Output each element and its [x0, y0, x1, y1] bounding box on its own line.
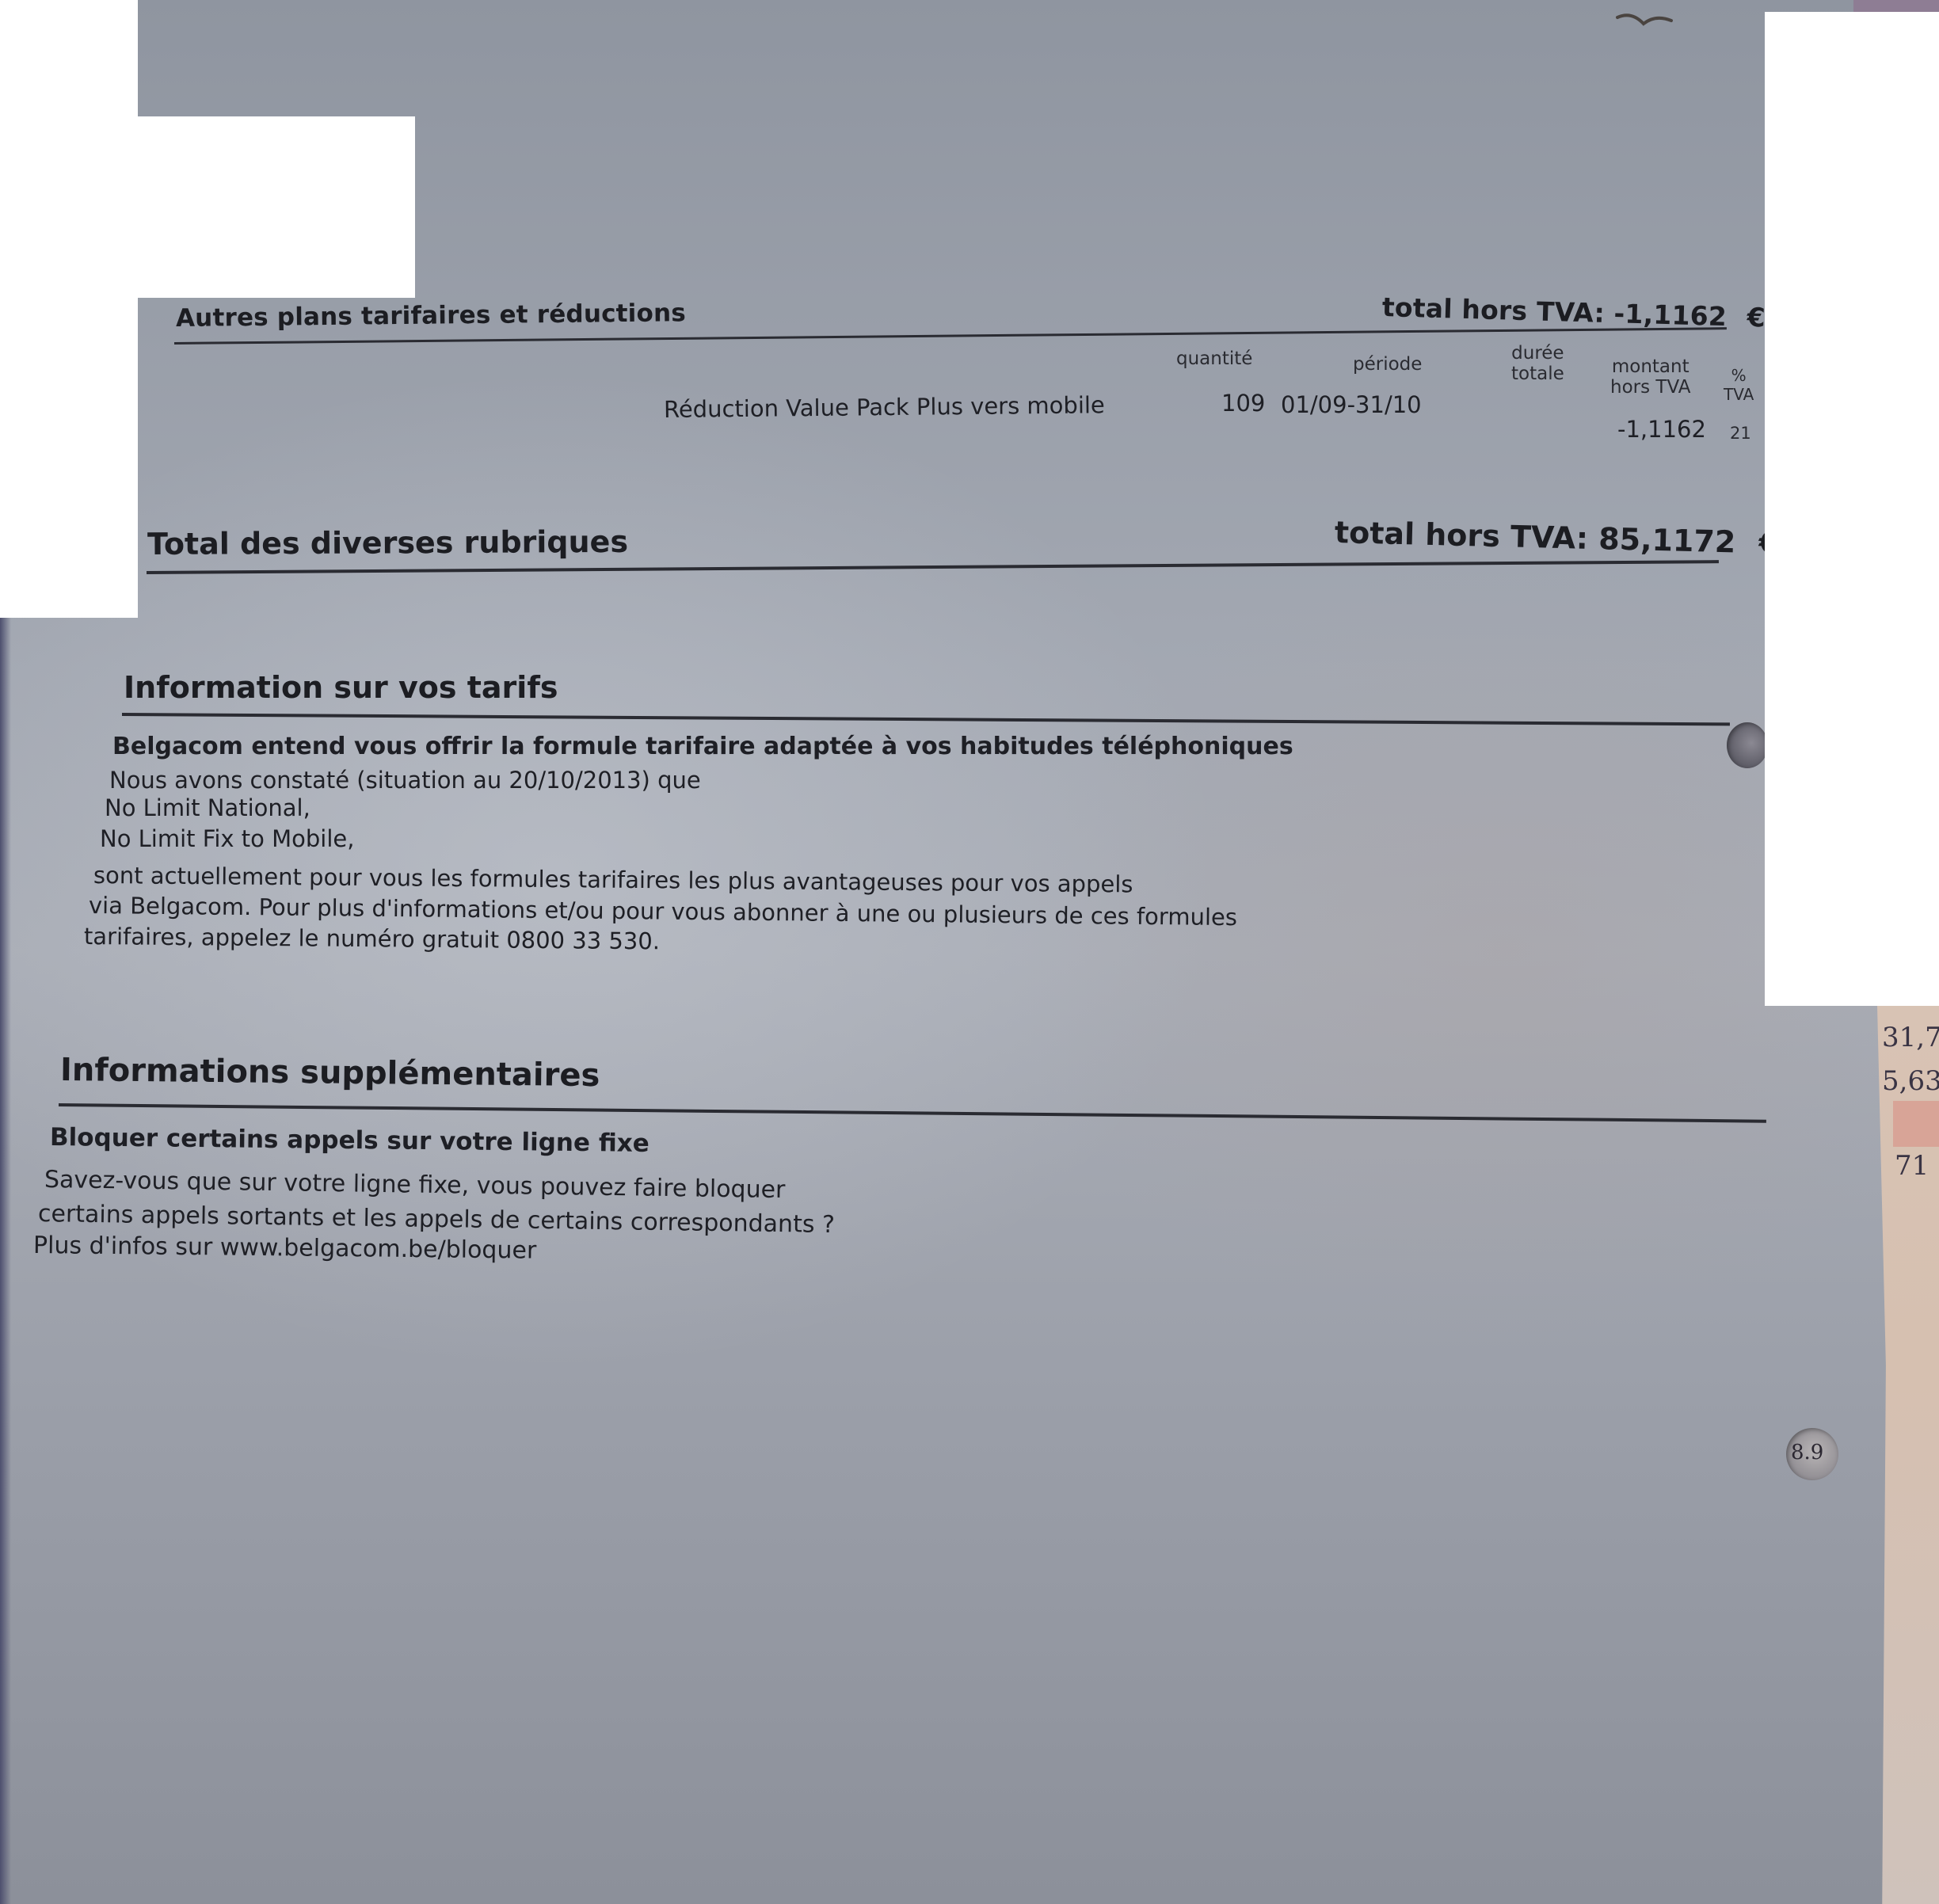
currency-symbol: € — [1747, 302, 1766, 333]
punch-hole-icon — [1727, 722, 1768, 768]
info-tarifs-line: tarifaires, appelez le numéro gratuit 08… — [84, 923, 660, 954]
underlying-page: 31,70 5,63 71 — [1877, 1006, 1939, 1904]
underlying-amount-3: 71 — [1895, 1150, 1929, 1182]
pen-scribble-icon — [1616, 10, 1695, 33]
tva-line-1: % — [1724, 366, 1754, 385]
punch-hole-icon: 8.9 — [1786, 1428, 1838, 1480]
info-tarifs-line: Nous avons constaté (situation au 20/10/… — [109, 767, 701, 794]
row-montant: -1,1162 — [1617, 416, 1706, 443]
row-quantite: 109 — [1221, 390, 1265, 417]
montant-line-2: hors TVA — [1610, 377, 1690, 398]
info-supp-title: Informations supplémentaires — [60, 1052, 600, 1094]
row-periode: 01/09-31/10 — [1281, 391, 1422, 418]
row-tva: 21 — [1730, 424, 1751, 443]
duree-line-1: durée — [1511, 343, 1564, 364]
info-supp-line: Plus d'infos sur www.belgacom.be/bloquer — [33, 1232, 537, 1265]
hole-marking: 8.9 — [1791, 1441, 1823, 1464]
column-header-montant: montant hors TVA — [1610, 356, 1690, 398]
total-rubriques-title: Total des diverses rubriques — [147, 524, 628, 562]
redacted-area — [0, 0, 138, 618]
column-header-duree: durée totale — [1511, 343, 1564, 384]
montant-line-1: montant — [1610, 356, 1690, 377]
underlying-highlight — [1893, 1101, 1939, 1147]
info-tarifs-line: No Limit Fix to Mobile, — [100, 825, 354, 852]
column-header-periode: période — [1353, 354, 1422, 375]
redacted-area — [1765, 12, 1939, 1006]
duree-line-2: totale — [1511, 364, 1564, 384]
column-header-tva: % TVA — [1724, 366, 1754, 404]
underlying-amount-1: 31,70 — [1882, 1022, 1939, 1053]
row-description: Réduction Value Pack Plus vers mobile — [664, 391, 1105, 423]
underlying-amount-2: 5,63 — [1882, 1065, 1939, 1097]
tva-line-2: TVA — [1724, 385, 1754, 404]
info-tarifs-subtitle: Belgacom entend vous offrir la formule t… — [112, 733, 1293, 760]
redacted-area — [138, 116, 415, 298]
background-edge — [0, 610, 11, 1904]
section-title-autres-plans: Autres plans tarifaires et réductions — [176, 299, 686, 333]
column-header-quantite: quantité — [1176, 348, 1252, 369]
info-tarifs-line: No Limit National, — [105, 794, 310, 821]
info-tarifs-title: Information sur vos tarifs — [124, 670, 558, 705]
background-corner — [1853, 0, 1939, 12]
